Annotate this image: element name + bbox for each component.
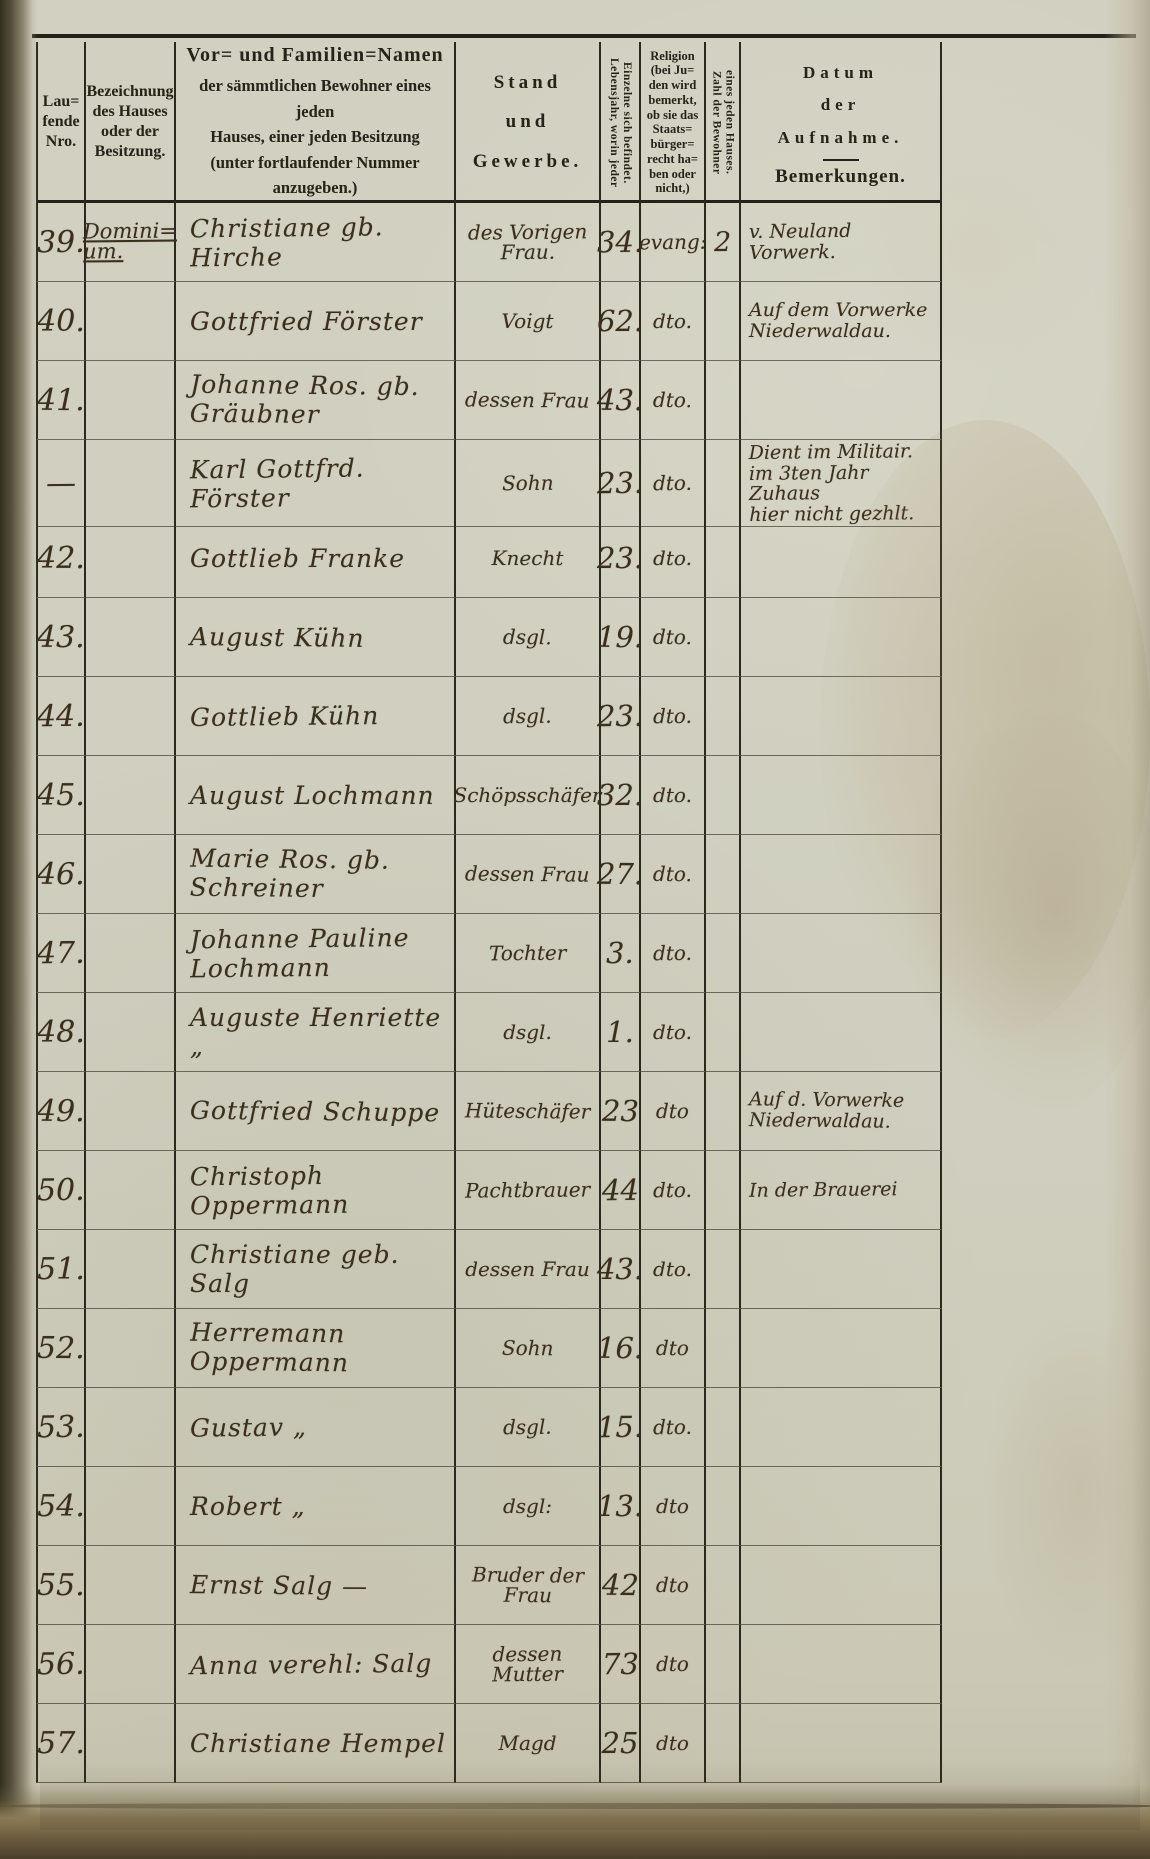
inhabitant-name: Karl Gottfrd. Förster <box>190 453 452 514</box>
cell-bezeichnung <box>86 519 176 598</box>
cell-name: Ernst Salg — <box>176 1546 456 1625</box>
cell-bezeichnung <box>86 1388 176 1467</box>
cell-laufende-nro: 51. <box>36 1230 86 1309</box>
header-label-bemerkungen: Bemerkungen. <box>775 166 906 188</box>
cell-bemerkungen <box>741 519 942 598</box>
cell-zahl-bewohner <box>706 1467 741 1546</box>
cell-stand-gewerbe: dsgl: <box>456 1467 601 1546</box>
cell-bezeichnung <box>86 914 176 993</box>
cell-zahl-bewohner <box>706 756 741 835</box>
age-value: 27. <box>597 857 643 891</box>
cell-name: Christiane gb. Hirche <box>176 203 456 282</box>
cell-bezeichnung <box>86 361 176 440</box>
row-number: 53. <box>37 1409 85 1444</box>
cell-laufende-nro: 46. <box>36 835 86 914</box>
cell-lebensjahr: 44 <box>601 1151 641 1230</box>
religion-value: dto <box>656 1731 689 1755</box>
row-number: 54. <box>37 1489 85 1524</box>
cell-laufende-nro: 50. <box>36 1151 86 1230</box>
table-row: 57. Christiane Hempel Magd 25 dto <box>36 1704 942 1783</box>
inhabitant-name: Marie Ros. gb. Schreiner <box>190 844 452 905</box>
row-number: 56. <box>37 1646 85 1681</box>
cell-bemerkungen <box>741 1467 942 1546</box>
cell-name: Anna verehl: Salg <box>176 1625 456 1704</box>
row-number: 43. <box>37 619 85 654</box>
cell-bezeichnung <box>86 1309 176 1388</box>
cell-zahl-bewohner <box>706 1151 741 1230</box>
cell-name: Gottlieb Kühn <box>176 677 456 756</box>
header-cell-namen: Vor= und Familien=Namen der sämmtlichen … <box>176 42 456 203</box>
religion-value: dto. <box>653 1020 692 1044</box>
inhabitant-name: August Kühn <box>190 622 365 653</box>
cell-lebensjahr: 42 <box>601 1546 641 1625</box>
cell-zahl-bewohner <box>706 1230 741 1309</box>
age-value: 25 <box>602 1726 639 1760</box>
cell-laufende-nro: 42. <box>36 519 86 598</box>
cell-bemerkungen <box>741 1625 942 1704</box>
cell-zahl-bewohner <box>706 1072 741 1151</box>
header-cell-bezeichnung: Bezeichnung des Hauses oder der Besitzun… <box>86 42 176 203</box>
age-value: 34. <box>597 225 643 259</box>
religion-value: dto. <box>653 1257 692 1281</box>
cell-name: Robert „ <box>176 1467 456 1546</box>
cell-zahl-bewohner <box>706 835 741 914</box>
cell-zahl-bewohner <box>706 598 741 677</box>
row-number: 47. <box>37 935 85 970</box>
cell-bezeichnung <box>86 1546 176 1625</box>
cell-stand-gewerbe: Magd <box>456 1704 601 1783</box>
cell-laufende-nro: — <box>36 440 86 527</box>
inhabitant-name: Herremann Oppermann <box>190 1318 452 1379</box>
row-number: 48. <box>37 1015 85 1050</box>
cell-zahl-bewohner <box>706 1546 741 1625</box>
age-value: 3. <box>606 936 634 970</box>
occupation: Voigt <box>502 311 554 331</box>
cell-stand-gewerbe: Pachtbrauer <box>456 1151 601 1230</box>
age-value: 23. <box>597 466 643 500</box>
cell-lebensjahr: 23. <box>601 440 641 527</box>
cell-zahl-bewohner <box>706 1704 741 1783</box>
cell-bezeichnung <box>86 598 176 677</box>
table-row: 51. Christiane geb. Salg dessen Frau 43.… <box>36 1230 942 1309</box>
cell-name: Gustav „ <box>176 1388 456 1467</box>
cell-religion: evang: <box>641 203 706 282</box>
cell-lebensjahr: 27. <box>601 835 641 914</box>
inhabitant-name: Gottfried Schuppe <box>190 1095 440 1127</box>
cell-name: Gottfried Schuppe <box>176 1072 456 1151</box>
table-row: 42. Gottlieb Franke Knecht 23. dto. <box>36 519 942 598</box>
inhabitant-name: Robert „ <box>190 1492 306 1521</box>
cell-bemerkungen <box>741 993 942 1072</box>
cell-bezeichnung <box>86 1230 176 1309</box>
cell-stand-gewerbe: Hüteschäfer <box>456 1072 601 1151</box>
cell-name: August Kühn <box>176 598 456 677</box>
religion-value: evang: <box>639 230 707 255</box>
age-value: 32. <box>597 778 643 812</box>
religion-value: dto <box>656 1336 689 1360</box>
cell-stand-gewerbe: dsgl. <box>456 1388 601 1467</box>
cell-bemerkungen: Auf d. Vorwerke Niederwaldau. <box>741 1072 942 1151</box>
table-row: 55. Ernst Salg — Bruder der Frau 42 dto <box>36 1546 942 1625</box>
age-value: 73 <box>601 1647 638 1681</box>
cell-zahl-bewohner <box>706 1309 741 1388</box>
inhabitant-name: Gottfried Förster <box>190 307 423 336</box>
cell-laufende-nro: 40. <box>36 282 86 361</box>
row-number: 41. <box>37 382 85 417</box>
header-cell-zahl-bewohner: Zahl der Bewohner eines jeden Hauses. <box>706 42 741 203</box>
occupation: dsgl. <box>503 1417 552 1438</box>
inhabitant-name: Christoph Oppermann <box>190 1160 452 1221</box>
cell-lebensjahr: 62. <box>601 282 641 361</box>
cell-lebensjahr: 23 <box>601 1072 641 1151</box>
cell-stand-gewerbe: Tochter <box>456 914 601 993</box>
table-row: 44. Gottlieb Kühn dsgl. 23. dto. <box>36 677 942 756</box>
age-value: 16. <box>597 1331 643 1365</box>
remark-text: Auf d. Vorwerke Niederwaldau. <box>749 1090 905 1133</box>
cell-laufende-nro: 54. <box>36 1467 86 1546</box>
age-value: 43. <box>597 383 643 417</box>
header-label-namen-sub: der sämmtlichen Bewohner eines jeden Hau… <box>178 73 452 201</box>
cell-lebensjahr: 19. <box>601 598 641 677</box>
cell-name: Karl Gottfrd. Förster <box>176 440 456 527</box>
table-row: 40. Gottfried Förster Voigt 62. dto. Auf… <box>36 282 942 361</box>
inhabitant-count: 2 <box>714 226 732 257</box>
cell-zahl-bewohner <box>706 1625 741 1704</box>
row-number: 45. <box>37 778 85 813</box>
age-value: 23. <box>597 541 643 575</box>
table-row: 45. August Lochmann Schöpsschäfer 32. dt… <box>36 756 942 835</box>
religion-value: dto. <box>653 862 692 886</box>
cell-zahl-bewohner <box>706 282 741 361</box>
occupation: Sohn <box>502 1338 554 1359</box>
cell-stand-gewerbe: Sohn <box>456 440 601 527</box>
cell-zahl-bewohner <box>706 914 741 993</box>
occupation: dsgl: <box>503 1496 552 1516</box>
age-value: 13. <box>597 1489 643 1523</box>
inhabitant-name: Gottlieb Franke <box>190 544 405 573</box>
row-number: 39. <box>37 224 85 259</box>
header-cell-stand: Stand und Gewerbe. <box>456 42 601 203</box>
scanned-register-page: Lau= fende Nro. Bezeichnung des Hauses o… <box>0 0 1150 1859</box>
cell-stand-gewerbe: Schöpsschäfer <box>456 756 601 835</box>
cell-religion: dto <box>641 1467 706 1546</box>
cell-bemerkungen <box>741 1309 942 1388</box>
cell-stand-gewerbe: Voigt <box>456 282 601 361</box>
cell-lebensjahr: 1. <box>601 993 641 1072</box>
cell-zahl-bewohner <box>706 440 741 527</box>
remark-text: Dient im Militair. im 3ten Jahr Zuhaus h… <box>749 441 938 525</box>
occupation: dsgl. <box>503 1022 552 1042</box>
cell-stand-gewerbe: des Vorigen Frau. <box>456 203 601 282</box>
cell-stand-gewerbe: Knecht <box>456 519 601 598</box>
table-row: 41. Johanne Ros. gb. Gräubner dessen Fra… <box>36 361 942 440</box>
cell-lebensjahr: 73 <box>601 1625 641 1704</box>
occupation: dessen Frau <box>465 1259 589 1279</box>
header-label-nro: Lau= fende Nro. <box>42 92 79 152</box>
cell-name: Christoph Oppermann <box>176 1151 456 1230</box>
table-row: 43. August Kühn dsgl. 19. dto. <box>36 598 942 677</box>
header-cell-lebensjahr: Lebensjahr, worin jeder Einzelne sich be… <box>601 42 641 203</box>
cell-bemerkungen <box>741 835 942 914</box>
religion-value: dto. <box>653 1415 692 1439</box>
cell-stand-gewerbe: dessen Frau <box>456 361 601 440</box>
cell-bemerkungen <box>741 914 942 993</box>
age-value: 62. <box>597 304 643 338</box>
table-header-row: Lau= fende Nro. Bezeichnung des Hauses o… <box>36 42 942 203</box>
cell-lebensjahr: 25 <box>601 1704 641 1783</box>
row-number: 55. <box>37 1567 85 1602</box>
religion-value: dto <box>656 1573 689 1597</box>
remark-text: v. Neuland Vorwerk. <box>749 221 937 264</box>
table-row: 49. Gottfried Schuppe Hüteschäfer 23 dto… <box>36 1072 942 1151</box>
header-label-namen-title: Vor= und Familien=Namen <box>186 44 443 67</box>
row-number: 42. <box>37 541 85 576</box>
cell-bemerkungen: Dient im Militair. im 3ten Jahr Zuhaus h… <box>741 440 942 527</box>
cell-zahl-bewohner <box>706 361 741 440</box>
age-value: 19. <box>597 620 643 654</box>
cell-religion: dto. <box>641 1388 706 1467</box>
religion-value: dto <box>656 1494 689 1518</box>
cell-laufende-nro: 48. <box>36 993 86 1072</box>
cell-bemerkungen <box>741 1388 942 1467</box>
cell-bezeichnung <box>86 1467 176 1546</box>
cell-laufende-nro: 49. <box>36 1072 86 1151</box>
cell-stand-gewerbe: Bruder der Frau <box>456 1546 601 1625</box>
cell-lebensjahr: 13. <box>601 1467 641 1546</box>
occupation: Bruder der Frau <box>471 1564 583 1605</box>
cell-laufende-nro: 47. <box>36 914 86 993</box>
religion-value: dto. <box>653 704 692 728</box>
cell-bezeichnung <box>86 677 176 756</box>
occupation: dessen Frau <box>465 389 590 410</box>
cell-bemerkungen <box>741 361 942 440</box>
cell-zahl-bewohner: 2 <box>706 203 741 282</box>
cell-laufende-nro: 39. <box>36 203 86 282</box>
cell-bezeichnung <box>86 756 176 835</box>
page-right-edge <box>1104 0 1150 1859</box>
age-value: 43. <box>597 1252 643 1286</box>
occupation: des Vorigen Frau. <box>468 221 588 262</box>
header-divider-dash <box>823 159 859 161</box>
cell-name: Christiane Hempel <box>176 1704 456 1783</box>
cell-stand-gewerbe: dsgl. <box>456 677 601 756</box>
cell-bezeichnung <box>86 1625 176 1704</box>
age-value: 1. <box>606 1015 634 1049</box>
header-cell-laufende-nro: Lau= fende Nro. <box>36 42 86 203</box>
inhabitant-name: Johanne Ros. gb. Gräubner <box>190 370 452 431</box>
table-row: 48. Auguste Henriette „ dsgl. 1. dto. <box>36 993 942 1072</box>
cell-religion: dto. <box>641 440 706 527</box>
inhabitant-name: Christiane gb. Hirche <box>190 212 452 273</box>
cell-bemerkungen <box>741 598 942 677</box>
house-designation: Domini= um. <box>83 222 177 263</box>
inhabitant-name: Auguste Henriette „ <box>190 1003 451 1061</box>
inhabitant-name: Christiane geb. Salg <box>190 1240 451 1298</box>
header-label-datum: Datum der Aufnahme. <box>778 57 904 154</box>
cell-bemerkungen <box>741 756 942 835</box>
cell-bemerkungen: Auf dem Vorwerke Niederwaldau. <box>741 282 942 361</box>
cell-bemerkungen <box>741 1546 942 1625</box>
age-value: 44 <box>601 1173 638 1207</box>
cell-religion: dto. <box>641 598 706 677</box>
cell-bezeichnung <box>86 1151 176 1230</box>
cell-lebensjahr: 23. <box>601 519 641 598</box>
row-number: 49. <box>37 1093 85 1128</box>
occupation: Tochter <box>489 943 567 964</box>
cell-laufende-nro: 44. <box>36 677 86 756</box>
cell-laufende-nro: 52. <box>36 1309 86 1388</box>
age-value: 15. <box>597 1410 643 1444</box>
cell-religion: dto <box>641 1309 706 1388</box>
inhabitant-name: Christiane Hempel <box>190 1729 446 1758</box>
cell-lebensjahr: 23. <box>601 677 641 756</box>
cell-bemerkungen <box>741 677 942 756</box>
header-label-lebensjahr: Lebensjahr, worin jeder Einzelne sich be… <box>607 58 633 188</box>
religion-value: dto. <box>653 1178 692 1202</box>
cell-religion: dto <box>641 1546 706 1625</box>
inhabitant-name: Gustav „ <box>190 1412 307 1442</box>
occupation: dsgl. <box>503 706 552 727</box>
cell-zahl-bewohner <box>706 1388 741 1467</box>
table-row: 46. Marie Ros. gb. Schreiner dessen Frau… <box>36 835 942 914</box>
cell-bezeichnung <box>86 282 176 361</box>
cell-lebensjahr: 16. <box>601 1309 641 1388</box>
religion-value: dto. <box>653 546 692 570</box>
cell-lebensjahr: 34. <box>601 203 641 282</box>
census-table: Lau= fende Nro. Bezeichnung des Hauses o… <box>36 42 942 1783</box>
inhabitant-name: Johanne Pauline Lochmann <box>190 923 452 984</box>
cell-laufende-nro: 41. <box>36 361 86 440</box>
book-binding-edge <box>0 0 38 1859</box>
table-row: 56. Anna verehl: Salg dessen Mutter 73 d… <box>36 1625 942 1704</box>
remark-text: In der Brauerei <box>749 1179 898 1201</box>
cell-laufende-nro: 43. <box>36 598 86 677</box>
occupation: dessen Frau <box>465 863 590 884</box>
header-cell-religion: Religion (bei Ju= den wird bemerkt, ob s… <box>641 42 706 203</box>
occupation: Schöpsschäfer <box>454 785 602 805</box>
row-number: 44. <box>37 698 85 733</box>
row-number: 52. <box>37 1330 85 1365</box>
occupation: Magd <box>498 1733 556 1753</box>
cell-religion: dto. <box>641 677 706 756</box>
cell-religion: dto. <box>641 914 706 993</box>
age-value: 23. <box>597 699 643 733</box>
row-number: 46. <box>37 856 85 891</box>
cell-stand-gewerbe: dessen Mutter <box>456 1625 601 1704</box>
cell-stand-gewerbe: dsgl. <box>456 993 601 1072</box>
cell-name: Gottfried Förster <box>176 282 456 361</box>
cell-bemerkungen <box>741 1704 942 1783</box>
religion-value: dto. <box>653 941 692 965</box>
occupation: dsgl. <box>503 627 552 648</box>
header-label-zahl-bewohner: Zahl der Bewohner eines jeden Hauses. <box>709 70 735 174</box>
cell-religion: dto. <box>641 1151 706 1230</box>
cell-zahl-bewohner <box>706 993 741 1072</box>
cell-religion: dto. <box>641 519 706 598</box>
remark-text: Auf dem Vorwerke Niederwaldau. <box>749 300 927 341</box>
religion-value: dto. <box>653 783 692 807</box>
cell-religion: dto. <box>641 1230 706 1309</box>
religion-value: dto. <box>653 471 692 495</box>
religion-value: dto <box>656 1652 689 1676</box>
cell-religion: dto. <box>641 835 706 914</box>
cell-name: Herremann Oppermann <box>176 1309 456 1388</box>
cell-lebensjahr: 32. <box>601 756 641 835</box>
cell-name: Johanne Pauline Lochmann <box>176 914 456 993</box>
table-row: 50. Christoph Oppermann Pachtbrauer 44 d… <box>36 1151 942 1230</box>
cell-name: Johanne Ros. gb. Gräubner <box>176 361 456 440</box>
cell-lebensjahr: 43. <box>601 361 641 440</box>
religion-value: dto. <box>653 388 692 412</box>
table-body: 39. Domini= um. Christiane gb. Hirche de… <box>36 203 942 1783</box>
cell-stand-gewerbe: dsgl. <box>456 598 601 677</box>
cell-religion: dto. <box>641 282 706 361</box>
cell-religion: dto <box>641 1704 706 1783</box>
occupation: Sohn <box>502 473 554 494</box>
cell-laufende-nro: 57. <box>36 1704 86 1783</box>
religion-value: dto. <box>653 309 692 333</box>
inhabitant-name: August Lochmann <box>190 781 435 810</box>
row-number: 51. <box>37 1252 85 1287</box>
cell-stand-gewerbe: dessen Frau <box>456 835 601 914</box>
cell-lebensjahr: 15. <box>601 1388 641 1467</box>
age-value: 42 <box>601 1568 638 1602</box>
cell-zahl-bewohner <box>706 677 741 756</box>
cell-bemerkungen <box>741 1230 942 1309</box>
cell-religion: dto <box>641 1625 706 1704</box>
cell-laufende-nro: 55. <box>36 1546 86 1625</box>
cell-religion: dto. <box>641 756 706 835</box>
table-row: 53. Gustav „ dsgl. 15. dto. <box>36 1388 942 1467</box>
inhabitant-name: Anna verehl: Salg <box>190 1648 433 1680</box>
cell-bemerkungen: v. Neuland Vorwerk. <box>741 203 942 282</box>
cell-name: Auguste Henriette „ <box>176 993 456 1072</box>
header-label-stand: Stand und Gewerbe. <box>473 63 583 183</box>
cell-bezeichnung <box>86 440 176 527</box>
cell-laufende-nro: 45. <box>36 756 86 835</box>
cell-religion: dto. <box>641 361 706 440</box>
header-cell-datum-bemerkungen: Datum der Aufnahme. Bemerkungen. <box>741 42 942 203</box>
cell-name: August Lochmann <box>176 756 456 835</box>
cell-bemerkungen: In der Brauerei <box>741 1151 942 1230</box>
occupation: dessen Mutter <box>459 1643 596 1684</box>
cell-bezeichnung <box>86 835 176 914</box>
cell-stand-gewerbe: dessen Frau <box>456 1230 601 1309</box>
cell-religion: dto. <box>641 993 706 1072</box>
cell-lebensjahr: 43. <box>601 1230 641 1309</box>
inhabitant-name: Ernst Salg — <box>190 1570 368 1601</box>
cell-stand-gewerbe: Sohn <box>456 1309 601 1388</box>
cell-lebensjahr: 3. <box>601 914 641 993</box>
occupation: Pachtbrauer <box>465 1179 590 1200</box>
cell-religion: dto <box>641 1072 706 1151</box>
cell-name: Marie Ros. gb. Schreiner <box>176 835 456 914</box>
age-value: 23 <box>601 1094 638 1128</box>
table-row: 52. Herremann Oppermann Sohn 16. dto <box>36 1309 942 1388</box>
page-bottom-edge <box>0 1785 1150 1859</box>
header-label-bezeichnung: Bezeichnung des Hauses oder der Besitzun… <box>86 82 173 162</box>
cell-bezeichnung <box>86 993 176 1072</box>
row-number: 50. <box>37 1172 85 1207</box>
row-number: 40. <box>37 304 85 339</box>
table-row: 47. Johanne Pauline Lochmann Tochter 3. … <box>36 914 942 993</box>
header-label-religion: Religion (bei Ju= den wird bemerkt, ob s… <box>647 49 698 197</box>
cell-bezeichnung <box>86 1704 176 1783</box>
cell-zahl-bewohner <box>706 519 741 598</box>
inhabitant-name: Gottlieb Kühn <box>190 701 380 732</box>
cell-bezeichnung: Domini= um. <box>86 203 176 282</box>
cell-name: Gottlieb Franke <box>176 519 456 598</box>
